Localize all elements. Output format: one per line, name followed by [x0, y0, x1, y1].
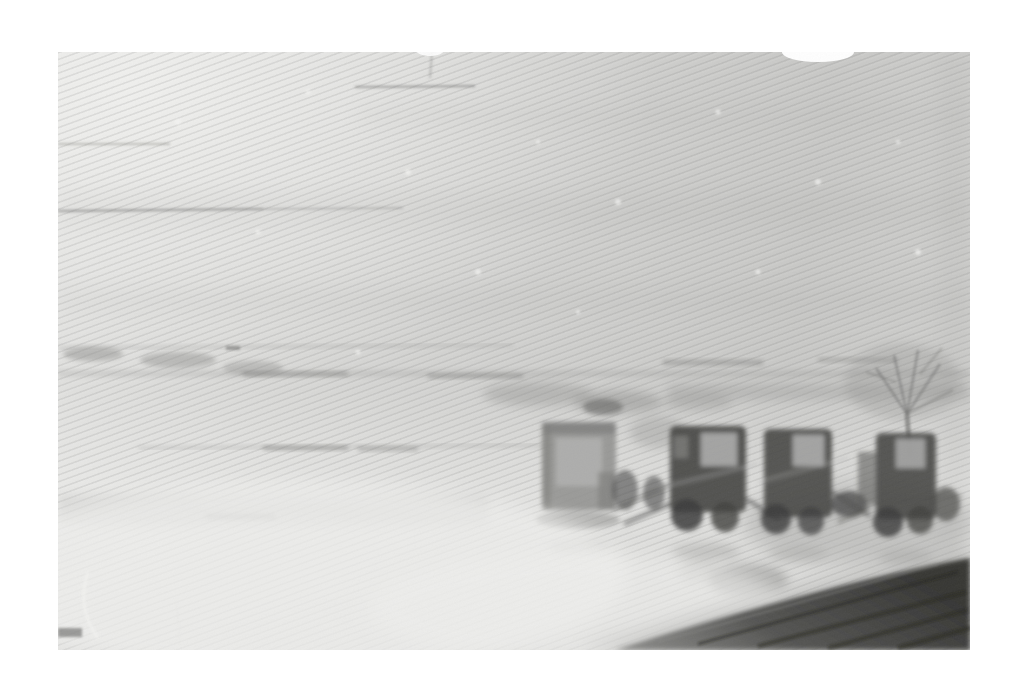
scanned-photo-page — [0, 0, 1024, 697]
photograph — [58, 52, 970, 650]
photograph-content — [58, 52, 970, 650]
film-grain-overlay — [58, 52, 970, 650]
